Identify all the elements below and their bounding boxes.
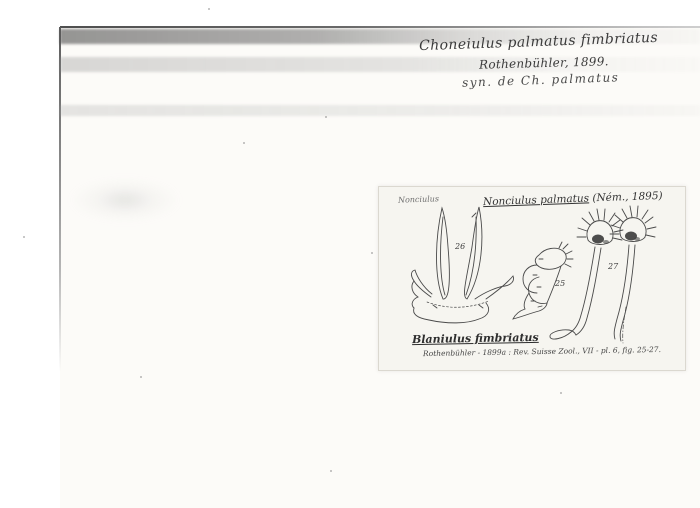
scan-speck [208,8,210,10]
scanned-document: Choneiulus palmatus fimbriatus Rothenbüh… [0,0,700,508]
scan-speck [371,252,373,254]
scan-smudge [70,178,180,222]
page-top-edge [60,26,700,28]
figure-26-label: 26 [454,242,465,251]
scan-speck [330,470,332,472]
inset-figure-card: Nonciulus Nonciulus palmatus (Ném., 1895… [378,186,686,371]
scan-speck [243,142,245,144]
scan-speck [140,376,142,378]
figure-27-label: 27 [607,262,619,271]
figure-27-sketch [550,206,656,343]
figure-25-label: 25 [554,279,565,288]
figure-26-sketch [411,207,513,323]
scan-speck [560,392,562,394]
scan-speck [325,116,327,118]
scan-speck [23,236,25,238]
scan-artifact-band [60,105,700,116]
inset-caption-species: Blaniulus fimbriatus [412,331,539,346]
page-left-edge [59,27,61,372]
